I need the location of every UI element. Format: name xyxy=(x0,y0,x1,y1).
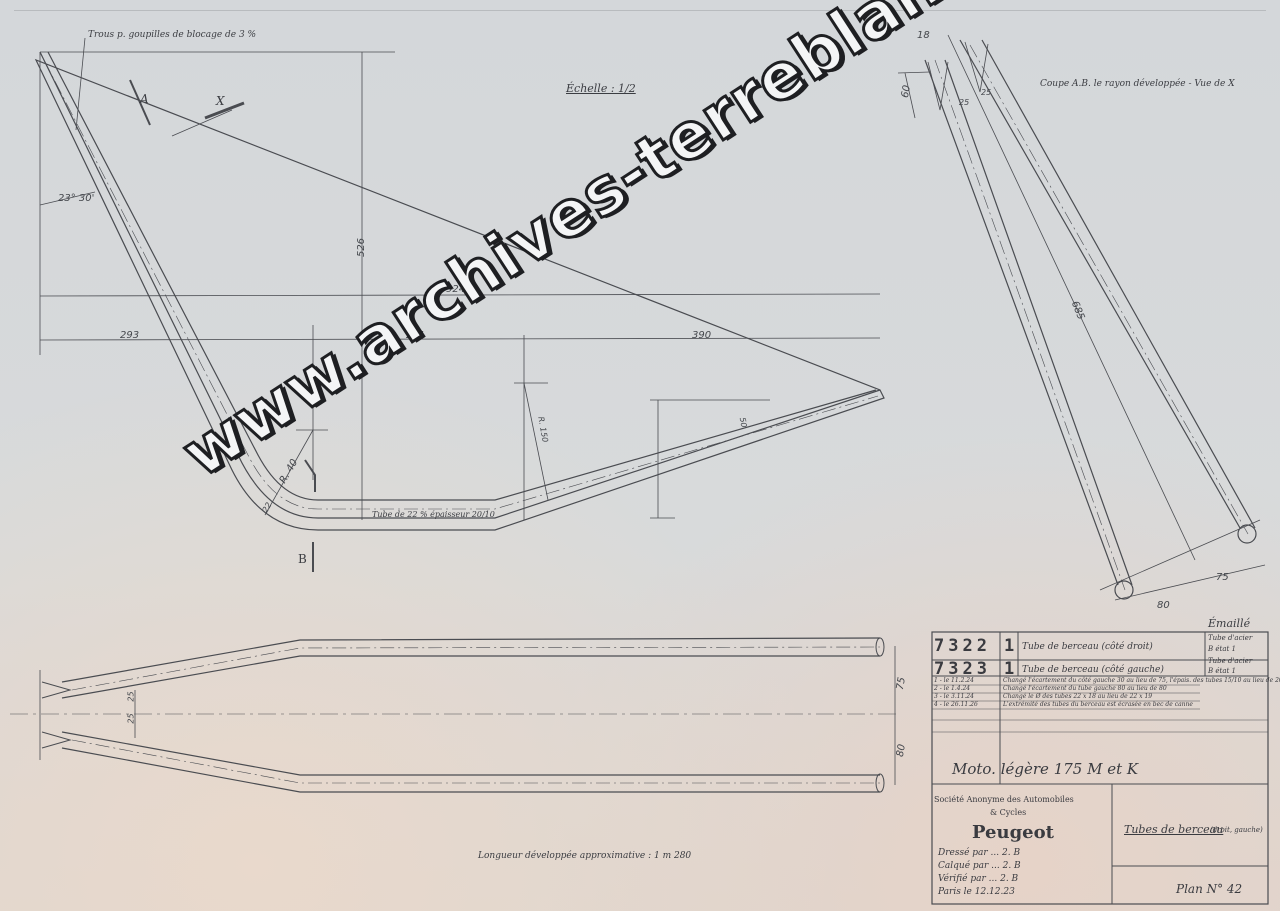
model-name: Moto. légère 175 M et K xyxy=(952,760,1138,778)
drawing-date: Paris le 12.12.23 xyxy=(938,887,1015,897)
section-marker-b: B xyxy=(298,552,307,566)
tube-note: Tube de 22 % épaisseur 20/10 xyxy=(372,510,495,519)
company-line2: & Cycles xyxy=(990,808,1026,817)
dim-segment-right: 390 xyxy=(692,330,711,341)
revision-note-1: Changé l'écartement du côté gauche 30 au… xyxy=(1003,677,1280,684)
part-desc-2: Tube de berceau (côté gauche) xyxy=(1022,665,1164,675)
copied-by: Calqué par ... 2. B xyxy=(938,861,1021,871)
dim-segment-left: 293 xyxy=(120,330,139,341)
revision-ref-3: 3 - le 3.11.24 xyxy=(934,693,974,700)
checked-by: Vérifié par ... 2. B xyxy=(938,874,1018,884)
section-label: Coupe A.B. le rayon développée - Vue de … xyxy=(1040,79,1235,89)
drawing-sheet: Trous p. goupilles de blocage de 3 % Éch… xyxy=(0,0,1280,911)
part-qty-2: 1 xyxy=(1004,659,1018,679)
dim-vertical-height: 526 xyxy=(356,238,367,257)
dim-section-bottom-b: 75 xyxy=(1216,572,1229,583)
revision-note-4: L'extrémité des tubes du berceau est écr… xyxy=(1003,701,1193,708)
dim-rise: 50 xyxy=(738,417,749,429)
revision-ref-1: 1 - le 11.2.24 xyxy=(934,677,974,684)
revision-note-2: Changé l'écartement du tube gauche 80 au… xyxy=(1003,685,1167,692)
dim-top-inner-b: 25 xyxy=(127,713,136,723)
hole-note: Trous p. goupilles de blocage de 3 % xyxy=(88,30,256,40)
section-marker-x: X xyxy=(216,94,225,108)
plan-number: Plan N° 42 xyxy=(1176,882,1242,896)
developed-length: Longueur développée approximative : 1 m … xyxy=(478,851,691,861)
part-material2-1: B état 1 xyxy=(1208,645,1236,653)
revision-ref-2: 2 - le 1.4.24 xyxy=(934,685,970,692)
part-material-2: Tube d'acier xyxy=(1208,657,1252,665)
angle-dimension: 23° 30' xyxy=(58,193,94,204)
part-number-2: 7323 xyxy=(934,659,991,679)
revision-note-3: Changé le Ø des tubes 22 x 18 au lieu de… xyxy=(1003,693,1152,700)
dim-section-bottom-a: 80 xyxy=(1157,600,1170,611)
dim-top-upper: 75 xyxy=(895,676,908,690)
part-number-1: 7322 xyxy=(934,636,991,656)
revision-ref-4: 4 - le 26.11.26 xyxy=(934,701,978,708)
brand-name: Peugeot xyxy=(972,822,1054,843)
section-marker-a: A xyxy=(140,92,149,106)
part-title: Tubes de berceau xyxy=(1124,823,1223,836)
part-material2-2: B état 1 xyxy=(1208,667,1236,675)
enamel-note: Émaillé xyxy=(1208,617,1250,630)
scale-label: Échelle : 1/2 xyxy=(566,82,636,95)
dim-section-gap-a: 25 xyxy=(959,98,969,107)
part-qty-1: 1 xyxy=(1004,636,1018,656)
part-desc-1: Tube de berceau (côté droit) xyxy=(1022,642,1153,652)
dim-top-inner-a: 25 xyxy=(127,691,136,701)
part-subtitle: (droit, gauche) xyxy=(1210,826,1263,834)
dim-section-side: 60 xyxy=(900,84,913,98)
part-material-1: Tube d'acier xyxy=(1208,634,1252,642)
drawn-by: Dressé par ... 2. B xyxy=(938,848,1020,858)
dim-top-lower: 80 xyxy=(895,743,908,757)
dim-section-gap-b: 25 xyxy=(981,88,991,97)
company-line1: Société Anonyme des Automobiles xyxy=(934,795,1074,804)
